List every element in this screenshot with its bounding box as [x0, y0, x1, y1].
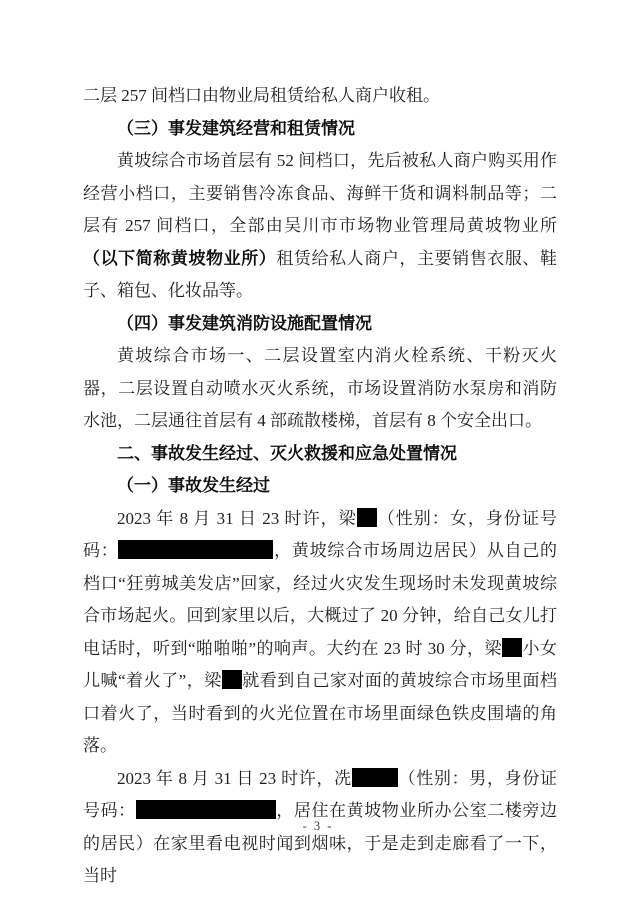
section-heading: （一）事故发生经过 — [83, 470, 557, 503]
text-run: （四）事发建筑消防设施配置情况 — [117, 314, 372, 333]
text-run: 2023 年 8 月 31 日 23 时许，梁 — [117, 509, 357, 528]
text-run: 二、事故发生经过、灭火救援和应急处置情况 — [117, 444, 457, 463]
text-run: 黄坡综合市场首层有 52 间档口，先后被私人商户购买用作经营小档口，主要销售冷冻… — [83, 151, 557, 235]
text-run: 黄坡综合市场一、二层设置室内消火栓系统、干粉灭火器，二层设置自动喷水灭火系统，市… — [83, 346, 557, 430]
text-run: （以下简称黄坡物业所） — [83, 249, 276, 268]
text-run: 2023 年 8 月 31 日 23 时许，冼 — [117, 769, 352, 788]
redaction-bar — [118, 540, 273, 559]
paragraph: 黄坡综合市场一、二层设置室内消火栓系统、干粉灭火器，二层设置自动喷水灭火系统，市… — [83, 340, 557, 438]
text-run: （三）事发建筑经营和租赁情况 — [117, 119, 355, 138]
document-body: 二层 257 间档口由物业局租赁给私人商户收租。（三）事发建筑经营和租赁情况黄坡… — [83, 80, 557, 893]
page-number: - 3 - — [303, 819, 334, 833]
paragraph: 黄坡综合市场首层有 52 间档口，先后被私人商户购买用作经营小档口，主要销售冷冻… — [83, 145, 557, 308]
paragraph: 二层 257 间档口由物业局租赁给私人商户收租。 — [83, 80, 557, 113]
document-page: 二层 257 间档口由物业局租赁给私人商户收租。（三）事发建筑经营和租赁情况黄坡… — [0, 0, 636, 899]
section-heading: （四）事发建筑消防设施配置情况 — [83, 308, 557, 341]
redaction-bar — [222, 670, 242, 689]
text-run: 二层 257 间档口由物业局租赁给私人商户收租。 — [83, 86, 440, 105]
redaction-bar — [357, 508, 377, 527]
paragraph: 2023 年 8 月 31 日 23 时许，梁（性别：女，身份证号码：，黄坡综合… — [83, 503, 557, 763]
text-run: （一）事故发生经过 — [117, 476, 270, 495]
redaction-bar — [352, 768, 398, 787]
redaction-bar — [502, 638, 522, 657]
redaction-bar — [136, 800, 276, 819]
section-heading: （三）事发建筑经营和租赁情况 — [83, 113, 557, 146]
page-footer: - 3 - — [0, 818, 636, 834]
section-heading: 二、事故发生经过、灭火救援和应急处置情况 — [83, 438, 557, 471]
